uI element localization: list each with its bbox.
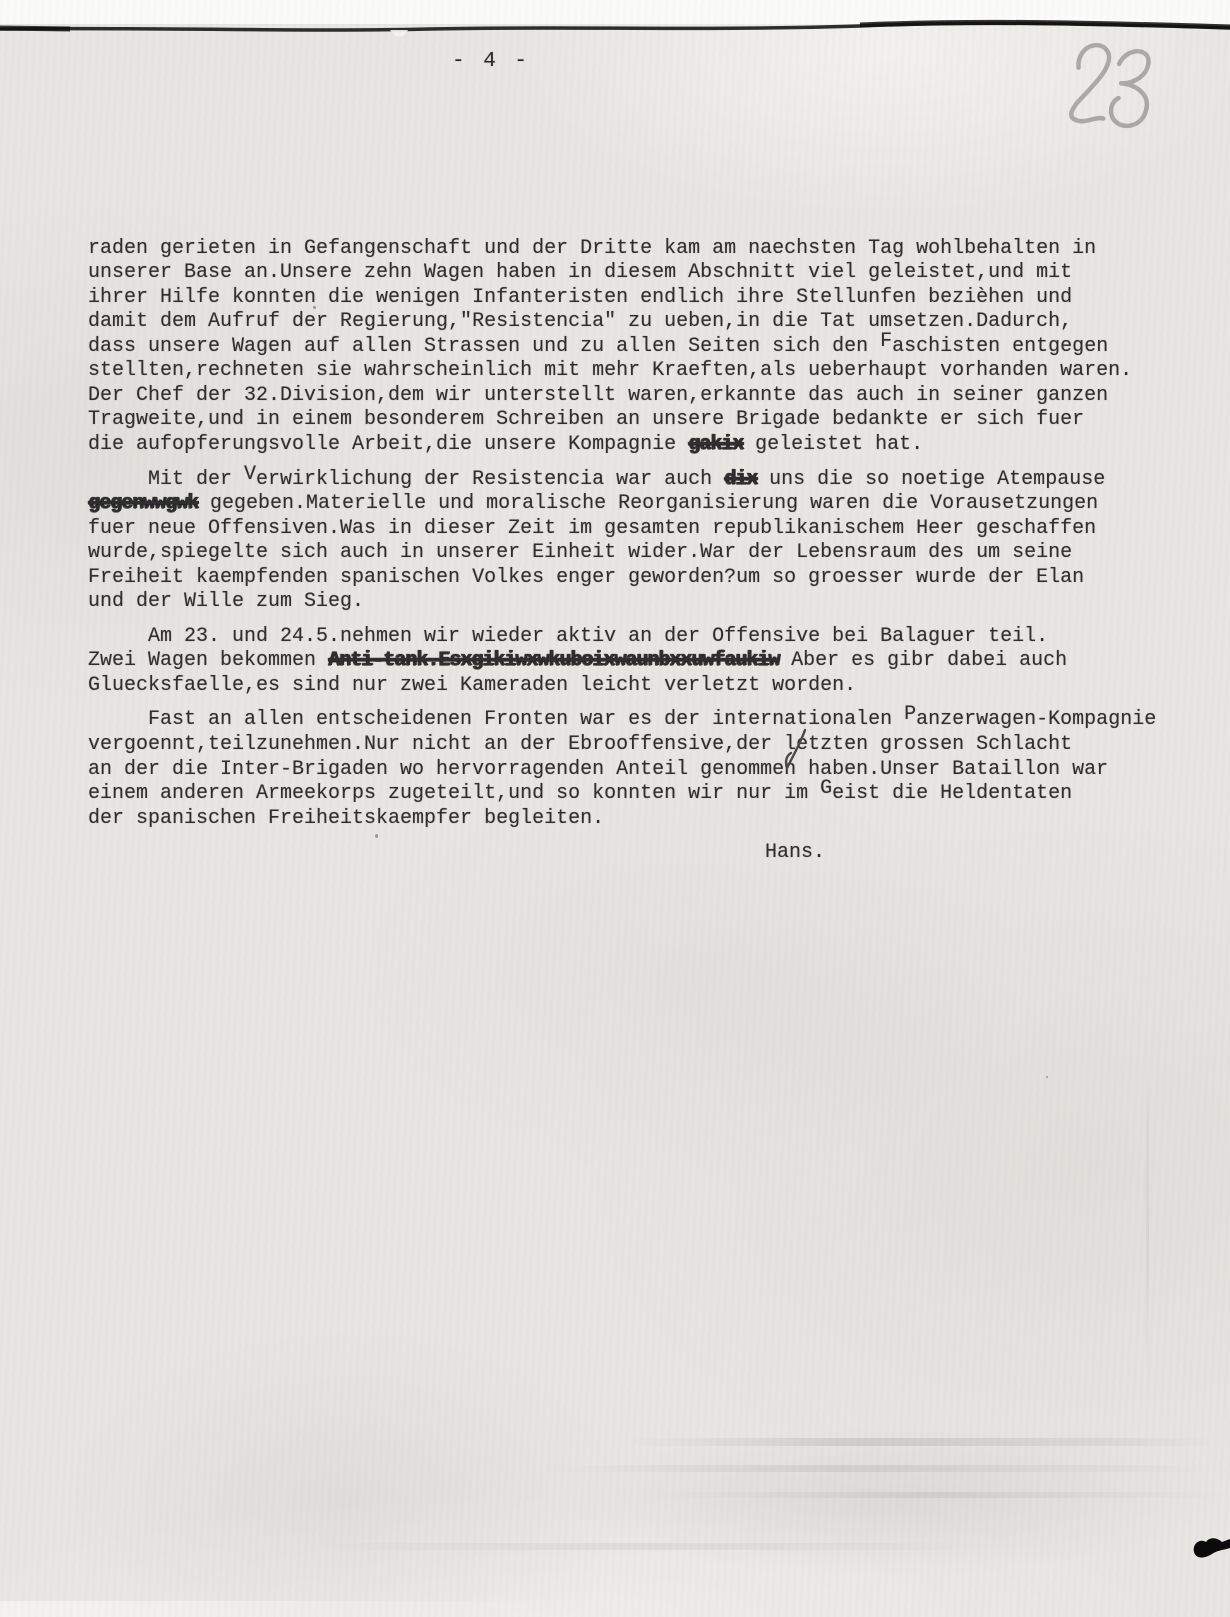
text-segment: einem anderen Armeekorps zugeteilt,und s…: [88, 782, 820, 805]
text-segment: aschisten entgegen: [892, 335, 1108, 358]
text-line: und der Wille zum Sieg.: [88, 590, 1188, 615]
text-segment: erwirklichung der Resistencia war auch: [256, 468, 724, 491]
text-line: stellten,rechneten sie wahrscheinlich mi…: [88, 359, 1188, 384]
handwritten-page-number: [1052, 28, 1184, 160]
text-segment: der spanischen Freiheitskaempfer begleit…: [88, 807, 604, 830]
text-segment: vergoennt,teilzunehmen.Nur nicht an der …: [88, 733, 1072, 756]
text-segment: Gluecksfaelle,es sind nur zwei Kameraden…: [88, 674, 856, 697]
text-line: raden gerieten in Gefangenschaft und der…: [88, 237, 1188, 262]
text-segment: gegeben.Materielle und moralische Reorga…: [198, 492, 1098, 515]
raised-letter: G: [820, 777, 832, 800]
struck-text: Anti-tank.: [328, 649, 438, 672]
text-line: Tragweite,und in einem besonderem Schrei…: [88, 408, 1188, 433]
scan-streak: [650, 1492, 1230, 1498]
text-line: ihrer Hilfe konnten die wenigen Infanter…: [88, 286, 1188, 311]
document-body: raden gerieten in Gefangenschaft und der…: [88, 163, 1188, 866]
text-line: die aufopferungsvolle Arbeit,die unsere …: [88, 433, 1188, 458]
text-segment: dass unsere Wagen auf allen Strassen und…: [88, 335, 880, 358]
page-number: - 4 -: [452, 50, 530, 73]
scan-edge-top: [0, 0, 1230, 46]
text-line: Am 23. und 24.5.nehmen wir wieder aktiv …: [88, 625, 1188, 650]
text-segment: an der die Inter-Brigaden wo hervorragen…: [88, 758, 1108, 781]
ink-blob: [1192, 1532, 1230, 1566]
text-line: Gluecksfaelle,es sind nur zwei Kameraden…: [88, 674, 1188, 699]
text-segment: stellten,rechneten sie wahrscheinlich mi…: [88, 359, 1132, 382]
text-segment: Freiheit kaempfenden spanischen Volkes e…: [88, 566, 1084, 589]
text-segment: unserer Base an.Unsere zehn Wagen haben …: [88, 261, 1072, 284]
text-line: Mit der Verwirklichung der Resistencia w…: [88, 468, 1188, 493]
text-segment: und der Wille zum Sieg.: [88, 590, 364, 613]
raised-letter: V: [244, 463, 256, 486]
text-line: wurde,spiegelte sich auch in unserer Ein…: [88, 541, 1188, 566]
text-line: dass unsere Wagen auf allen Strassen und…: [88, 335, 1188, 360]
text-line: Zwei Wagen bekommen Anti-tank.Esxgikiwxw…: [88, 649, 1188, 674]
struck-text: gegenwwgwk: [88, 492, 198, 515]
struck-text: gakix: [688, 433, 743, 456]
text-line: der spanischen Freiheitskaempfer begleit…: [88, 807, 1188, 832]
struck-text: Esxgikiwxwkuboixwaunbxxuwfaukiw: [438, 649, 779, 672]
paragraph: Fast an allen entscheidenen Fronten war …: [88, 708, 1188, 831]
text-line: Freiheit kaempfenden spanischen Volkes e…: [88, 566, 1188, 591]
text-segment: Zwei Wagen bekommen: [88, 649, 328, 672]
text-segment: ihrer Hilfe konnten die wenigen Infanter…: [88, 286, 1072, 309]
scan-streak: [300, 1543, 1000, 1550]
raised-letter: P: [904, 703, 916, 726]
struck-text: dix: [724, 468, 757, 491]
paper-fold-line: [1146, 1040, 1149, 1400]
paper-speck: [1046, 1076, 1048, 1078]
text-line: einem anderen Armeekorps zugeteilt,und s…: [88, 782, 1188, 807]
text-segment: Tragweite,und in einem besonderem Schrei…: [88, 408, 1084, 431]
text-line: damit dem Aufruf der Regierung,"Resisten…: [88, 310, 1188, 335]
text-segment: damit dem Aufruf der Regierung,"Resisten…: [88, 310, 1072, 333]
text-line: Fast an allen entscheidenen Fronten war …: [88, 708, 1188, 733]
text-segment: geleistet hat.: [743, 433, 923, 456]
scan-streak: [540, 1465, 1230, 1472]
signature: Hans.: [88, 841, 1188, 866]
text-line: unserer Base an.Unsere zehn Wagen haben …: [88, 261, 1188, 286]
text-segment: anzerwagen-Kompagnie: [916, 708, 1156, 731]
text-segment: Mit der: [88, 468, 244, 491]
text-line: gegenwwgwk gegeben.Materielle und morali…: [88, 492, 1188, 517]
text-segment: eist die Heldentaten: [832, 782, 1072, 805]
text-line: fuer neue Offensiven.Was in dieser Zeit …: [88, 517, 1188, 542]
paper-speck: [313, 306, 316, 309]
text-line: vergoennt,teilzunehmen.Nur nicht an der …: [88, 733, 1188, 758]
scan-streak: [620, 1438, 1220, 1446]
text-segment: Am 23. und 24.5.nehmen wir wieder aktiv …: [88, 625, 1048, 648]
text-segment: Der Chef der 32.Division,dem wir unterst…: [88, 384, 1108, 407]
text-segment: wurde,spiegelte sich auch in unserer Ein…: [88, 541, 1072, 564]
text-line: an der die Inter-Brigaden wo hervorragen…: [88, 758, 1188, 783]
paper-speck: [375, 834, 378, 838]
text-segment: raden gerieten in Gefangenschaft und der…: [88, 237, 1096, 260]
handwritten-check-mark: [782, 726, 810, 772]
text-segment: die aufopferungsvolle Arbeit,die unsere …: [88, 433, 688, 456]
text-line: Der Chef der 32.Division,dem wir unterst…: [88, 384, 1188, 409]
paragraph: raden gerieten in Gefangenschaft und der…: [88, 237, 1188, 458]
scan-edge-bottom-left: [0, 1601, 620, 1617]
scanned-document-page: - 4 - raden gerieten in Gefangenschaft u…: [0, 0, 1230, 1617]
smudge-band: [560, 1425, 1230, 1575]
paragraph: Mit der Verwirklichung der Resistencia w…: [88, 468, 1188, 615]
text-segment: uns die so noetige Atempause: [757, 468, 1105, 491]
paragraph: Am 23. und 24.5.nehmen wir wieder aktiv …: [88, 625, 1188, 699]
raised-letter: F: [880, 330, 892, 353]
text-segment: Aber es gibr dabei auch: [779, 649, 1067, 672]
text-segment: fuer neue Offensiven.Was in dieser Zeit …: [88, 517, 1096, 540]
